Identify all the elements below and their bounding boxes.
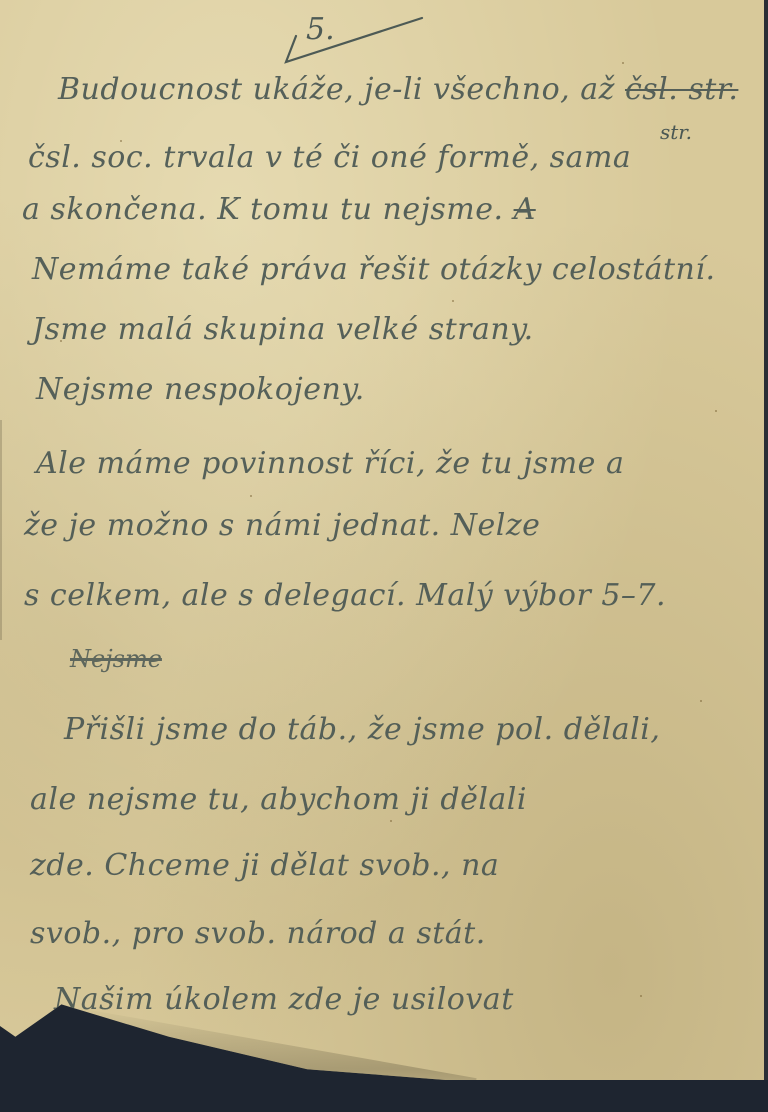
paper-fold — [57, 1005, 477, 1090]
manuscript-line-12: zde. Chceme ji dělat svob., na — [30, 848, 499, 883]
crossed-out-heading: Nejsme — [70, 645, 162, 673]
manuscript-line-7: Ale máme povinnost říci, že tu jsme a — [36, 446, 624, 481]
manuscript-line-9: s celkem, ale s delegací. Malý výbor 5–7… — [24, 578, 666, 613]
manuscript-line-13: svob., pro svob. národ a stát. — [30, 916, 486, 951]
manuscript-line-1: Budoucnost ukáže, je-li všechno, až čsl.… — [58, 72, 738, 107]
manuscript-line-6: Nejsme nespokojeny. — [36, 372, 365, 407]
manuscript-line-4: Nemáme také práva řešit otázky celostátn… — [32, 252, 716, 287]
inserted-correction: str. — [660, 120, 692, 144]
manuscript-line-14: Našim úkolem zde je usilovat — [54, 982, 514, 1017]
manuscript-line-2: čsl. soc. trvala v té či oné formě, sama — [28, 140, 631, 175]
manuscript-line-8: že je možno s námi jednat. Nelze — [24, 508, 540, 543]
manuscript-line-3: a skončena. K tomu tu nejsme. A — [22, 192, 536, 227]
inline-mark: A — [514, 192, 536, 227]
manuscript-line-10: Přišli jsme do táb., že jsme pol. dělali… — [64, 712, 660, 747]
struck-word: čsl. str. — [625, 72, 738, 107]
manuscript-line-5: Jsme malá skupina velké strany. — [32, 312, 534, 347]
manuscript-page: 5. Budoucnost ukáže, je-li všechno, až č… — [0, 0, 768, 1080]
page-number-arrow-icon — [282, 14, 432, 66]
manuscript-line-15: m. de ... — [74, 1036, 185, 1066]
page-number: 5. — [306, 12, 335, 47]
manuscript-line-11: ale nejsme tu, abychom ji dělali — [30, 782, 527, 817]
margin-edge — [0, 420, 16, 640]
